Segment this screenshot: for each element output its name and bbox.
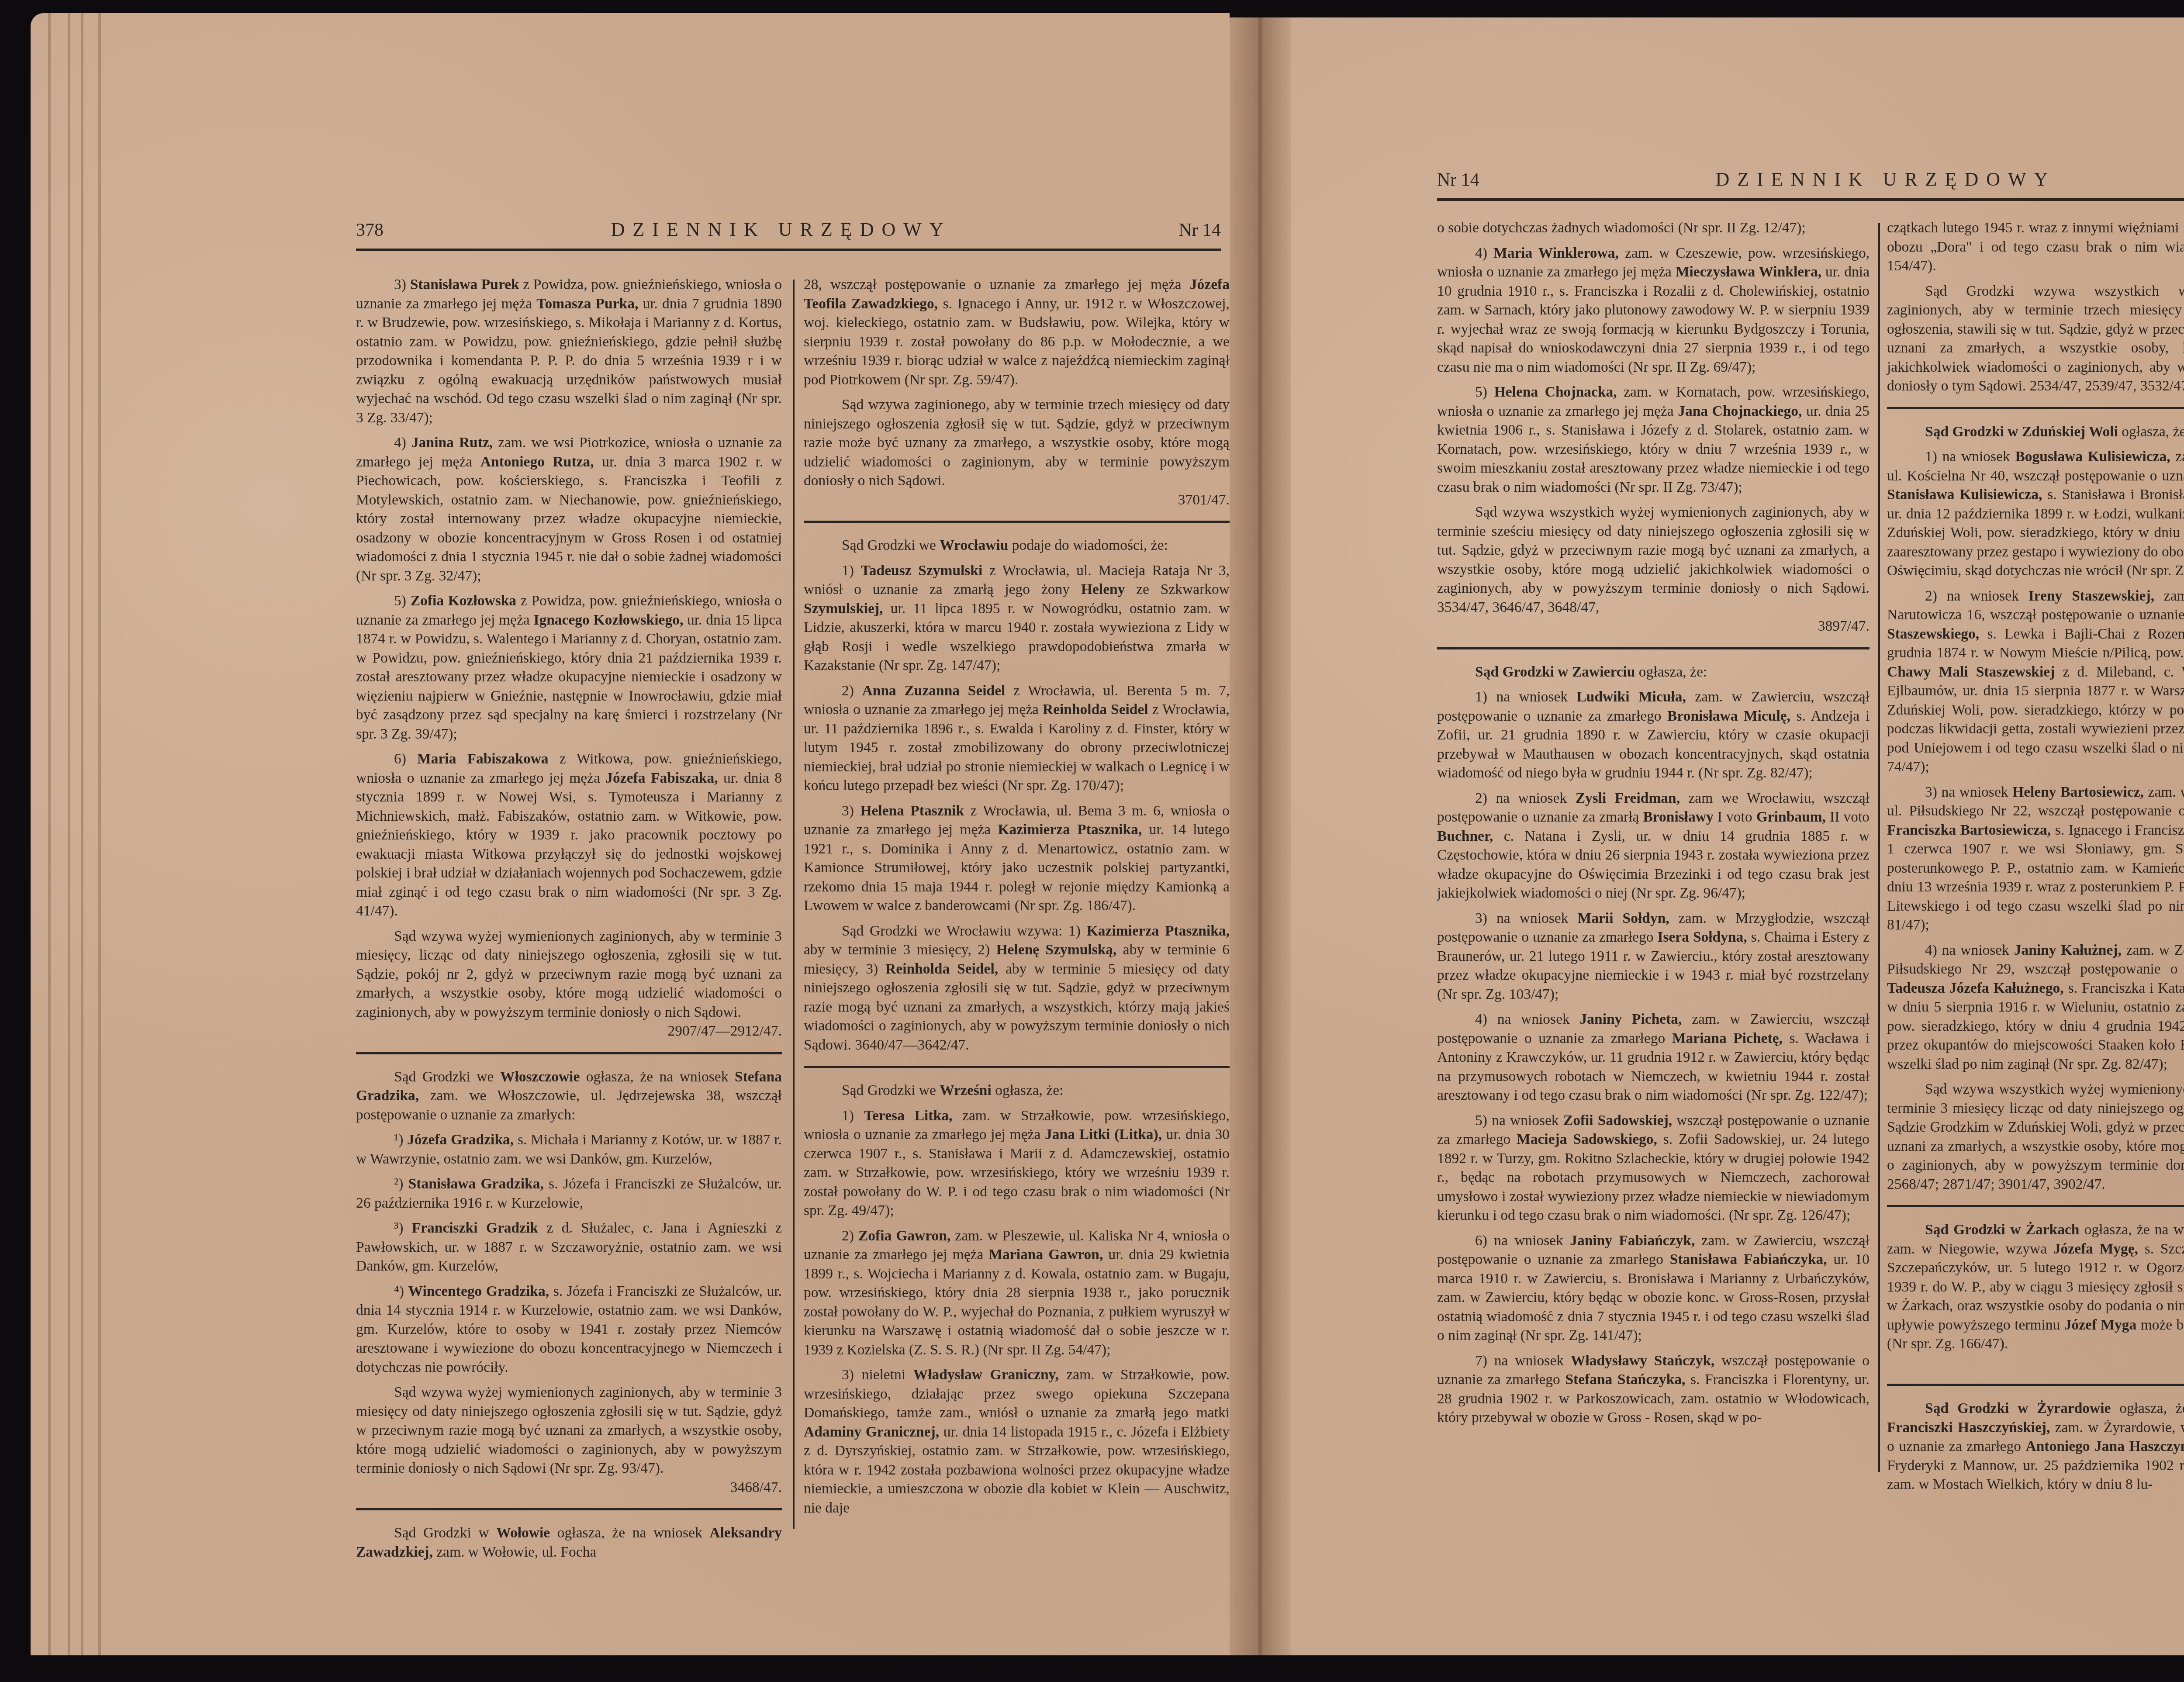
person-or-court-name: Zofia Gawron,	[858, 1228, 950, 1244]
notice-paragraph: ⁴) Wincentego Gradzika, s. Józefa i Fran…	[356, 1282, 782, 1377]
notice-paragraph: 5) Zofia Kozłowska z Powidza, pow. gnieź…	[356, 591, 782, 743]
notice-paragraph: 4) na wniosek Janiny Picheta, zam. w Zaw…	[1437, 1010, 1870, 1105]
person-or-court-name: Maria Winklerowa,	[1493, 245, 1619, 261]
notice-paragraph: 3) na wniosek Heleny Bartosiewicz, zam. …	[1887, 783, 2184, 935]
section-divider	[1887, 407, 2184, 409]
notice-text: c. Natana i Zysli, ur. w dniu 14 grudnia…	[1437, 828, 1870, 901]
notice-text: Sąd Grodzki we	[842, 1082, 940, 1098]
notice-text: Sąd wzywa wyżej wymienionych zaginionych…	[356, 1384, 782, 1476]
notice-text: ogłasza, że:	[992, 1082, 1064, 1098]
notice-paragraph: Sąd wzywa wyżej wymienionych zaginionych…	[356, 1383, 782, 1497]
person-or-court-name: Mieczysława Winklera,	[1676, 264, 1821, 280]
person-or-court-name: Bogusława Kulisiewicza,	[2015, 449, 2170, 465]
notice-text: czątkach lutego 1945 r. wraz z innymi wi…	[1887, 220, 2184, 274]
person-or-court-name: Chawy Mali Staszewskiej	[1887, 664, 2055, 680]
notice-text: 4) na wniosek	[1925, 942, 2014, 958]
section-divider	[1887, 1384, 2184, 1386]
right-page-column-1: o sobie dotychczas żadnych wiadomości (N…	[1437, 218, 1870, 1433]
notice-text: ze Szkwarkow	[1125, 581, 1230, 598]
page-edge-stack	[98, 13, 101, 1655]
person-or-court-name: Antoniego Jana Haszczyńskiego,	[2026, 1438, 2184, 1454]
journal-title: DZIENNIK URZĘDOWY	[1715, 168, 2056, 190]
notice-text: Sąd Grodzki wzywa wszystkich wyżej wymie…	[1887, 283, 2184, 394]
notice-paragraph: Sąd wzywa wyżej wymienionych zaginionych…	[356, 927, 782, 1041]
section-divider	[356, 1508, 782, 1510]
person-or-court-name: Isera Sołdyna,	[1657, 929, 1747, 945]
notice-paragraph: 4) Maria Winklerowa, zam. w Czeszewie, p…	[1437, 244, 1870, 377]
section-divider	[1437, 647, 1870, 649]
right-page-column-2: czątkach lutego 1945 r. wraz z innymi wi…	[1887, 218, 2184, 1500]
notice-text: Sąd wzywa wyżej wymienionych zaginionych…	[356, 928, 782, 1020]
person-or-court-name: Helena Chojnacka,	[1494, 384, 1617, 400]
notice-text: 28, wszczął postępowanie o uznanie za zm…	[804, 276, 1190, 293]
person-or-court-name: Helena Ptasznik	[860, 803, 964, 819]
notice-text: z d. Mileband, c. Wolfa Berka i Geli z E…	[1887, 664, 2184, 775]
person-or-court-name: Bronisławy	[1643, 809, 1713, 825]
notice-paragraph: ³) Franciszki Gradzik z d. Służalec, c. …	[356, 1219, 782, 1276]
notice-text: ²)	[394, 1176, 408, 1192]
notice-paragraph: Sąd wzywa wszystkich wyżej wymienionych …	[1887, 1080, 2184, 1194]
notice-text: ogłasza, że na wniosek	[580, 1069, 735, 1085]
notice-text: Sąd Grodzki we	[842, 537, 940, 553]
notice-text: 7) na wniosek	[1475, 1353, 1571, 1369]
notice-text: Sąd Grodzki we Wrocławiu wzywa: 1)	[842, 923, 1087, 939]
notice-text: 1)	[842, 563, 861, 579]
notice-text: 2)	[842, 683, 862, 699]
notice-text: ogłasza, że na wniosek	[2079, 1222, 2184, 1238]
case-reference-number: 3897/47.	[1437, 617, 1870, 636]
notice-text: 3)	[394, 276, 410, 293]
person-or-court-name: Wrześni	[940, 1082, 991, 1098]
section-divider	[1887, 1205, 2184, 1207]
notice-paragraph: Sąd wzywa zaginionego, aby w terminie tr…	[804, 395, 1230, 509]
notice-text: ur. dnia 15 lipca 1874 r. w Powidzu, s. …	[356, 612, 782, 742]
person-or-court-name: Tadeusz Szymulski	[861, 563, 983, 579]
person-or-court-name: Zofii Sadowskiej,	[1563, 1112, 1672, 1129]
notice-paragraph: Sąd Grodzki w Zawierciu ogłasza, że:	[1437, 663, 1870, 682]
person-or-court-name: Józefa Gradzika,	[407, 1132, 514, 1148]
notice-paragraph: 6) Maria Fabiszakowa z Witkowa, pow. gni…	[356, 749, 782, 921]
section-divider	[804, 521, 1230, 523]
person-or-court-name: Heleny Bartosiewicz,	[2012, 784, 2144, 800]
case-reference-number: 2869/47.	[1887, 1354, 2184, 1373]
notice-paragraph: 4) na wniosek Janiny Kałużnej, zam. w Zd…	[1887, 941, 2184, 1074]
person-or-court-name: Ludwiki Micuła,	[1577, 689, 1686, 705]
notice-paragraph: Sąd Grodzki wzywa wszystkich wyżej wymie…	[1887, 282, 2184, 396]
notice-text: zam. we Włoszczowie, ul. Jędrzejewska 38…	[356, 1088, 782, 1123]
notice-text: 5) na wniosek	[1475, 1112, 1563, 1129]
page-header: 378 DZIENNIK URZĘDOWY Nr 14	[356, 218, 1221, 251]
person-or-court-name: Wołowie	[496, 1525, 550, 1541]
notice-paragraph: 1) Tadeusz Szymulski z Wrocławia, ul. Ma…	[804, 561, 1230, 675]
left-page-column-2: 28, wszczął postępowanie o uznanie za zm…	[804, 275, 1230, 1523]
notice-text: 2)	[842, 1228, 858, 1244]
person-or-court-name: Janiny Picheta,	[1580, 1011, 1682, 1027]
notice-text: 4)	[1475, 245, 1493, 261]
notice-paragraph: 3) Stanisława Purek z Powidza, pow. gnie…	[356, 275, 782, 427]
person-or-court-name: Zofia Kozłowska	[411, 593, 516, 609]
notice-paragraph: 1) na wniosek Bogusława Kulisiewicza, za…	[1887, 447, 2184, 580]
notice-text: 4)	[394, 435, 411, 451]
notice-text: 2) na wniosek	[1475, 790, 1576, 806]
person-or-court-name: Kazimierza Ptasznika,	[998, 822, 1142, 838]
person-or-court-name: Bronisława Miculę,	[1667, 708, 1790, 724]
person-or-court-name: Stefana Stańczyka,	[1565, 1371, 1685, 1388]
person-or-court-name: Tadeusza Józefa Kałużnego,	[1887, 980, 2064, 996]
person-or-court-name: Wincentego Gradzika,	[408, 1283, 549, 1299]
person-or-court-name: Buchner,	[1437, 828, 1493, 844]
notice-paragraph: 2) na wniosek Zysli Freidman, zam we Wro…	[1437, 789, 1870, 903]
notice-paragraph: ¹) Józefa Gradzika, s. Michała i Mariann…	[356, 1130, 782, 1168]
person-or-court-name: Janina Rutz,	[411, 435, 493, 451]
notice-paragraph: Sąd Grodzki we Wrocławiu wzywa: 1) Kazim…	[804, 922, 1230, 1055]
notice-text: 4) na wniosek	[1475, 1011, 1579, 1027]
notice-text: 1)	[842, 1108, 864, 1124]
notice-paragraph: Sąd Grodzki w Wołowie ogłasza, że na wni…	[356, 1523, 782, 1561]
notice-paragraph: 3) nieletni Władysław Graniczny, zam. w …	[804, 1365, 1230, 1517]
person-or-court-name: Franciszki Gradzik	[412, 1220, 538, 1236]
notice-text: ur. dnia 7 grudnia 1890 r. w Brudzewie, …	[356, 296, 782, 426]
person-or-court-name: Franciszka Bartosiewicza,	[1887, 822, 2051, 838]
person-or-court-name: Ireny Staszewskiej,	[2028, 588, 2154, 604]
notice-text: zam. w Niegowie, wzywa	[1887, 1241, 2053, 1257]
person-or-court-name: Mariana Pichetę,	[1672, 1030, 1783, 1047]
notice-text: ogłasza, że:	[1635, 664, 1707, 680]
case-reference-number: 3468/47.	[356, 1478, 782, 1497]
notice-paragraph: Sąd Grodzki we Wrześni ogłasza, że:	[804, 1081, 1230, 1100]
notice-text: ⁴)	[394, 1283, 408, 1299]
person-or-court-name: Stanisława Fabiańczyka,	[1670, 1251, 1827, 1268]
notice-text: 3) na wniosek	[1925, 784, 2012, 800]
notice-text: o sobie dotychczas żadnych wiadomości (N…	[1437, 220, 1806, 236]
notice-text: 3) nieletni	[842, 1367, 913, 1383]
person-or-court-name: Włoszczowie	[500, 1069, 580, 1085]
person-or-court-name: Mariana Gawron,	[989, 1247, 1103, 1263]
page-edge-stack	[68, 13, 70, 1655]
notice-text: ogłasza, że na wniosek	[2111, 1400, 2184, 1416]
person-or-court-name: Wrocławiu	[940, 537, 1008, 553]
page-edge-stack	[48, 13, 51, 1655]
person-or-court-name: Helenę Szymulską,	[996, 942, 1117, 958]
notice-text: ur. dnia 8 stycznia 1899 r. w Nowej Wsi,…	[356, 770, 782, 919]
notice-text: 5)	[1475, 384, 1494, 400]
column-divider	[793, 280, 795, 1529]
notice-paragraph: Sąd wzywa wszystkich wyżej wymienionych …	[1437, 503, 1870, 636]
right-page: Nr 14 DZIENNIK URZĘDOWY 379 o sobie doty…	[1291, 17, 2184, 1655]
column-divider	[1878, 223, 1880, 1472]
notice-paragraph: 2) Anna Zuzanna Seidel z Wrocławia, ul. …	[804, 681, 1230, 795]
notice-paragraph: 28, wszczął postępowanie o uznanie za zm…	[804, 275, 1230, 389]
notice-text: 5)	[394, 593, 411, 609]
notice-paragraph: 3) Helena Ptasznik z Wrocławia, ul. Bema…	[804, 801, 1230, 915]
person-or-court-name: Janiny Kałużnej,	[2014, 942, 2122, 958]
person-or-court-name: Tomasza Purka,	[536, 296, 638, 312]
section-divider	[804, 1066, 1230, 1068]
person-or-court-name: Józefa Mygę,	[2053, 1241, 2138, 1257]
person-or-court-name: Władysław Graniczny,	[913, 1367, 1059, 1383]
journal-title: DZIENNIK URZĘDOWY	[611, 218, 951, 241]
person-or-court-name: Sąd Grodzki w Żyrardowie	[1925, 1400, 2111, 1416]
person-or-court-name: Jana Litki (Litka),	[1045, 1126, 1162, 1143]
notice-text: ogłasza, że:	[2118, 424, 2184, 440]
person-or-court-name: Heleny	[1081, 581, 1125, 598]
notice-paragraph: 5) Helena Chojnacka, zam. w Kornatach, p…	[1437, 383, 1870, 497]
notice-paragraph: o sobie dotychczas żadnych wiadomości (N…	[1437, 218, 1870, 238]
notice-text: Sąd wzywa wszystkich wyżej wymienionych …	[1437, 504, 1870, 615]
notice-text: ur. dnia 10 grudnia 1910 r., s. Francisz…	[1437, 264, 1870, 375]
notice-paragraph: 7) na wniosek Władysławy Stańczyk, wszcz…	[1437, 1351, 1870, 1427]
person-or-court-name: Józefa Fabiszaka,	[605, 770, 718, 786]
notice-text: I voto	[1714, 809, 1756, 825]
section-divider	[356, 1052, 782, 1054]
person-or-court-name: Sąd Grodzki w Zduńskiej Woli	[1925, 424, 2118, 440]
notice-paragraph: Sąd Grodzki we Wrocławiu podaje do wiado…	[804, 536, 1230, 555]
notice-text: Sąd wzywa zaginionego, aby w terminie tr…	[804, 397, 1230, 489]
notice-paragraph: ²) Stanisława Gradzika, s. Józefa i Fran…	[356, 1174, 782, 1212]
person-or-court-name: Sąd Grodzki w Zawierciu	[1475, 664, 1635, 680]
person-or-court-name: Grinbaum,	[1756, 809, 1826, 825]
person-or-court-name: Janiny Fabiańczyk,	[1570, 1233, 1695, 1249]
notice-text: 6) na wniosek	[1475, 1233, 1570, 1249]
notice-paragraph: 3) na wniosek Marii Sołdyn, zam. w Mrzyg…	[1437, 909, 1870, 1004]
case-reference-number: 2907/47—2912/47.	[356, 1022, 782, 1041]
notice-text: podaje do wiadomości, że:	[1008, 537, 1168, 553]
notice-paragraph: Sąd Grodzki w Zduńskiej Woli ogłasza, że…	[1887, 422, 2184, 442]
notice-text: ogłasza, że na wniosek	[550, 1525, 709, 1541]
notice-paragraph: Sąd Grodzki w Żarkach ogłasza, że na wni…	[1887, 1220, 2184, 1372]
issue-number: Nr 14	[1437, 169, 1479, 190]
notice-text: zam. w Wołowie, ul. Focha	[433, 1544, 596, 1560]
notice-text: aby w terminie 3 miesięcy, 2)	[804, 942, 996, 958]
notice-text: 2) na wniosek	[1925, 588, 2028, 604]
notice-paragraph: 4) Janina Rutz, zam. we wsi Piotrkozice,…	[356, 433, 782, 585]
notice-paragraph: 1) na wniosek Ludwiki Micuła, zam. w Zaw…	[1437, 687, 1870, 783]
notice-paragraph: Sąd Grodzki we Włoszczowie ogłasza, że n…	[356, 1067, 782, 1125]
notice-text: 3) na wniosek	[1475, 910, 1578, 926]
notice-text: II voto	[1826, 809, 1870, 825]
person-or-court-name: Zysli Freidman,	[1576, 790, 1680, 806]
notice-text: ³)	[394, 1220, 412, 1236]
person-or-court-name: Jana Chojnackiego,	[1678, 403, 1802, 419]
person-or-court-name: Maria Fabiszakowa	[417, 751, 549, 767]
person-or-court-name: Kazimierza Ptasznika,	[1087, 923, 1230, 939]
notice-text: 6)	[394, 751, 417, 767]
notice-paragraph: czątkach lutego 1945 r. wraz z innymi wi…	[1887, 218, 2184, 276]
notice-text: ur. dnia 29 kwietnia 1899 r., s. Wojciec…	[804, 1247, 1230, 1358]
person-or-court-name: Macieja Sadowskiego,	[1517, 1131, 1657, 1147]
notice-text: 3)	[842, 803, 860, 819]
page-edge-stack	[81, 13, 83, 1655]
person-or-court-name: Adaminy Granicznej,	[804, 1424, 939, 1440]
person-or-court-name: Anna Zuzanna Seidel	[862, 683, 1006, 699]
notice-paragraph: 1) Teresa Litka, zam. w Strzałkowie, pow…	[804, 1106, 1230, 1220]
left-page-column-1: 3) Stanisława Purek z Powidza, pow. gnie…	[356, 275, 782, 1568]
notice-text: Sąd Grodzki w	[394, 1525, 496, 1541]
notice-paragraph: 2) Zofia Gawron, zam. w Pleszewie, ul. K…	[804, 1226, 1230, 1360]
case-reference-number: 3701/47.	[804, 490, 1230, 510]
person-or-court-name: Sąd Grodzki w Żarkach	[1925, 1222, 2079, 1238]
notice-paragraph: Sąd Grodzki w Żyrardowie ogłasza, że na …	[1887, 1399, 2184, 1494]
left-page: 378 DZIENNIK URZĘDOWY Nr 14 3) Stanisław…	[31, 13, 1230, 1655]
person-or-court-name: Marii Sołdyn,	[1578, 910, 1669, 926]
person-or-court-name: Stanisława Purek	[410, 276, 519, 293]
person-or-court-name: Stanisława Gradzika,	[408, 1176, 544, 1192]
page-header: Nr 14 DZIENNIK URZĘDOWY 379	[1437, 168, 2184, 201]
person-or-court-name: Szymulskiej,	[804, 601, 883, 617]
person-or-court-name: Reinholda Seidel	[1043, 701, 1148, 718]
person-or-court-name: Ignacego Kozłowskiego,	[533, 612, 683, 628]
notice-paragraph: 2) na wniosek Ireny Staszewskiej, zam. w…	[1887, 587, 2184, 777]
notice-text: ur. dnia 3 marca 1902 r. w Piechowicach,…	[356, 454, 782, 584]
issue-number: Nr 14	[1178, 220, 1221, 241]
person-or-court-name: Antoniego Rutza,	[480, 454, 594, 470]
notice-text: ¹)	[394, 1132, 407, 1148]
notice-text: s. Ignacego i Franciszki z Knopków, ur. …	[1887, 822, 2184, 933]
notice-paragraph: 6) na wniosek Janiny Fabiańczyk, zam. w …	[1437, 1231, 1870, 1345]
notice-text: 1) na wniosek	[1925, 449, 2015, 465]
person-or-court-name: Józef Myga	[2064, 1317, 2137, 1333]
notice-text: 1) na wniosek	[1475, 689, 1576, 705]
notice-text: Sąd Grodzki we	[394, 1069, 500, 1085]
person-or-court-name: Reinholda Seidel,	[885, 961, 998, 977]
book-spine	[1230, 17, 1291, 1655]
notice-text: Sąd wzywa wszystkich wyżej wymienionych …	[1887, 1081, 2184, 1192]
person-or-court-name: Władysławy Stańczyk,	[1571, 1353, 1715, 1369]
page-number: 378	[356, 220, 384, 241]
person-or-court-name: Teresa Litka,	[864, 1108, 952, 1124]
notice-paragraph: 5) na wniosek Zofii Sadowskiej, wszczął …	[1437, 1111, 1870, 1225]
